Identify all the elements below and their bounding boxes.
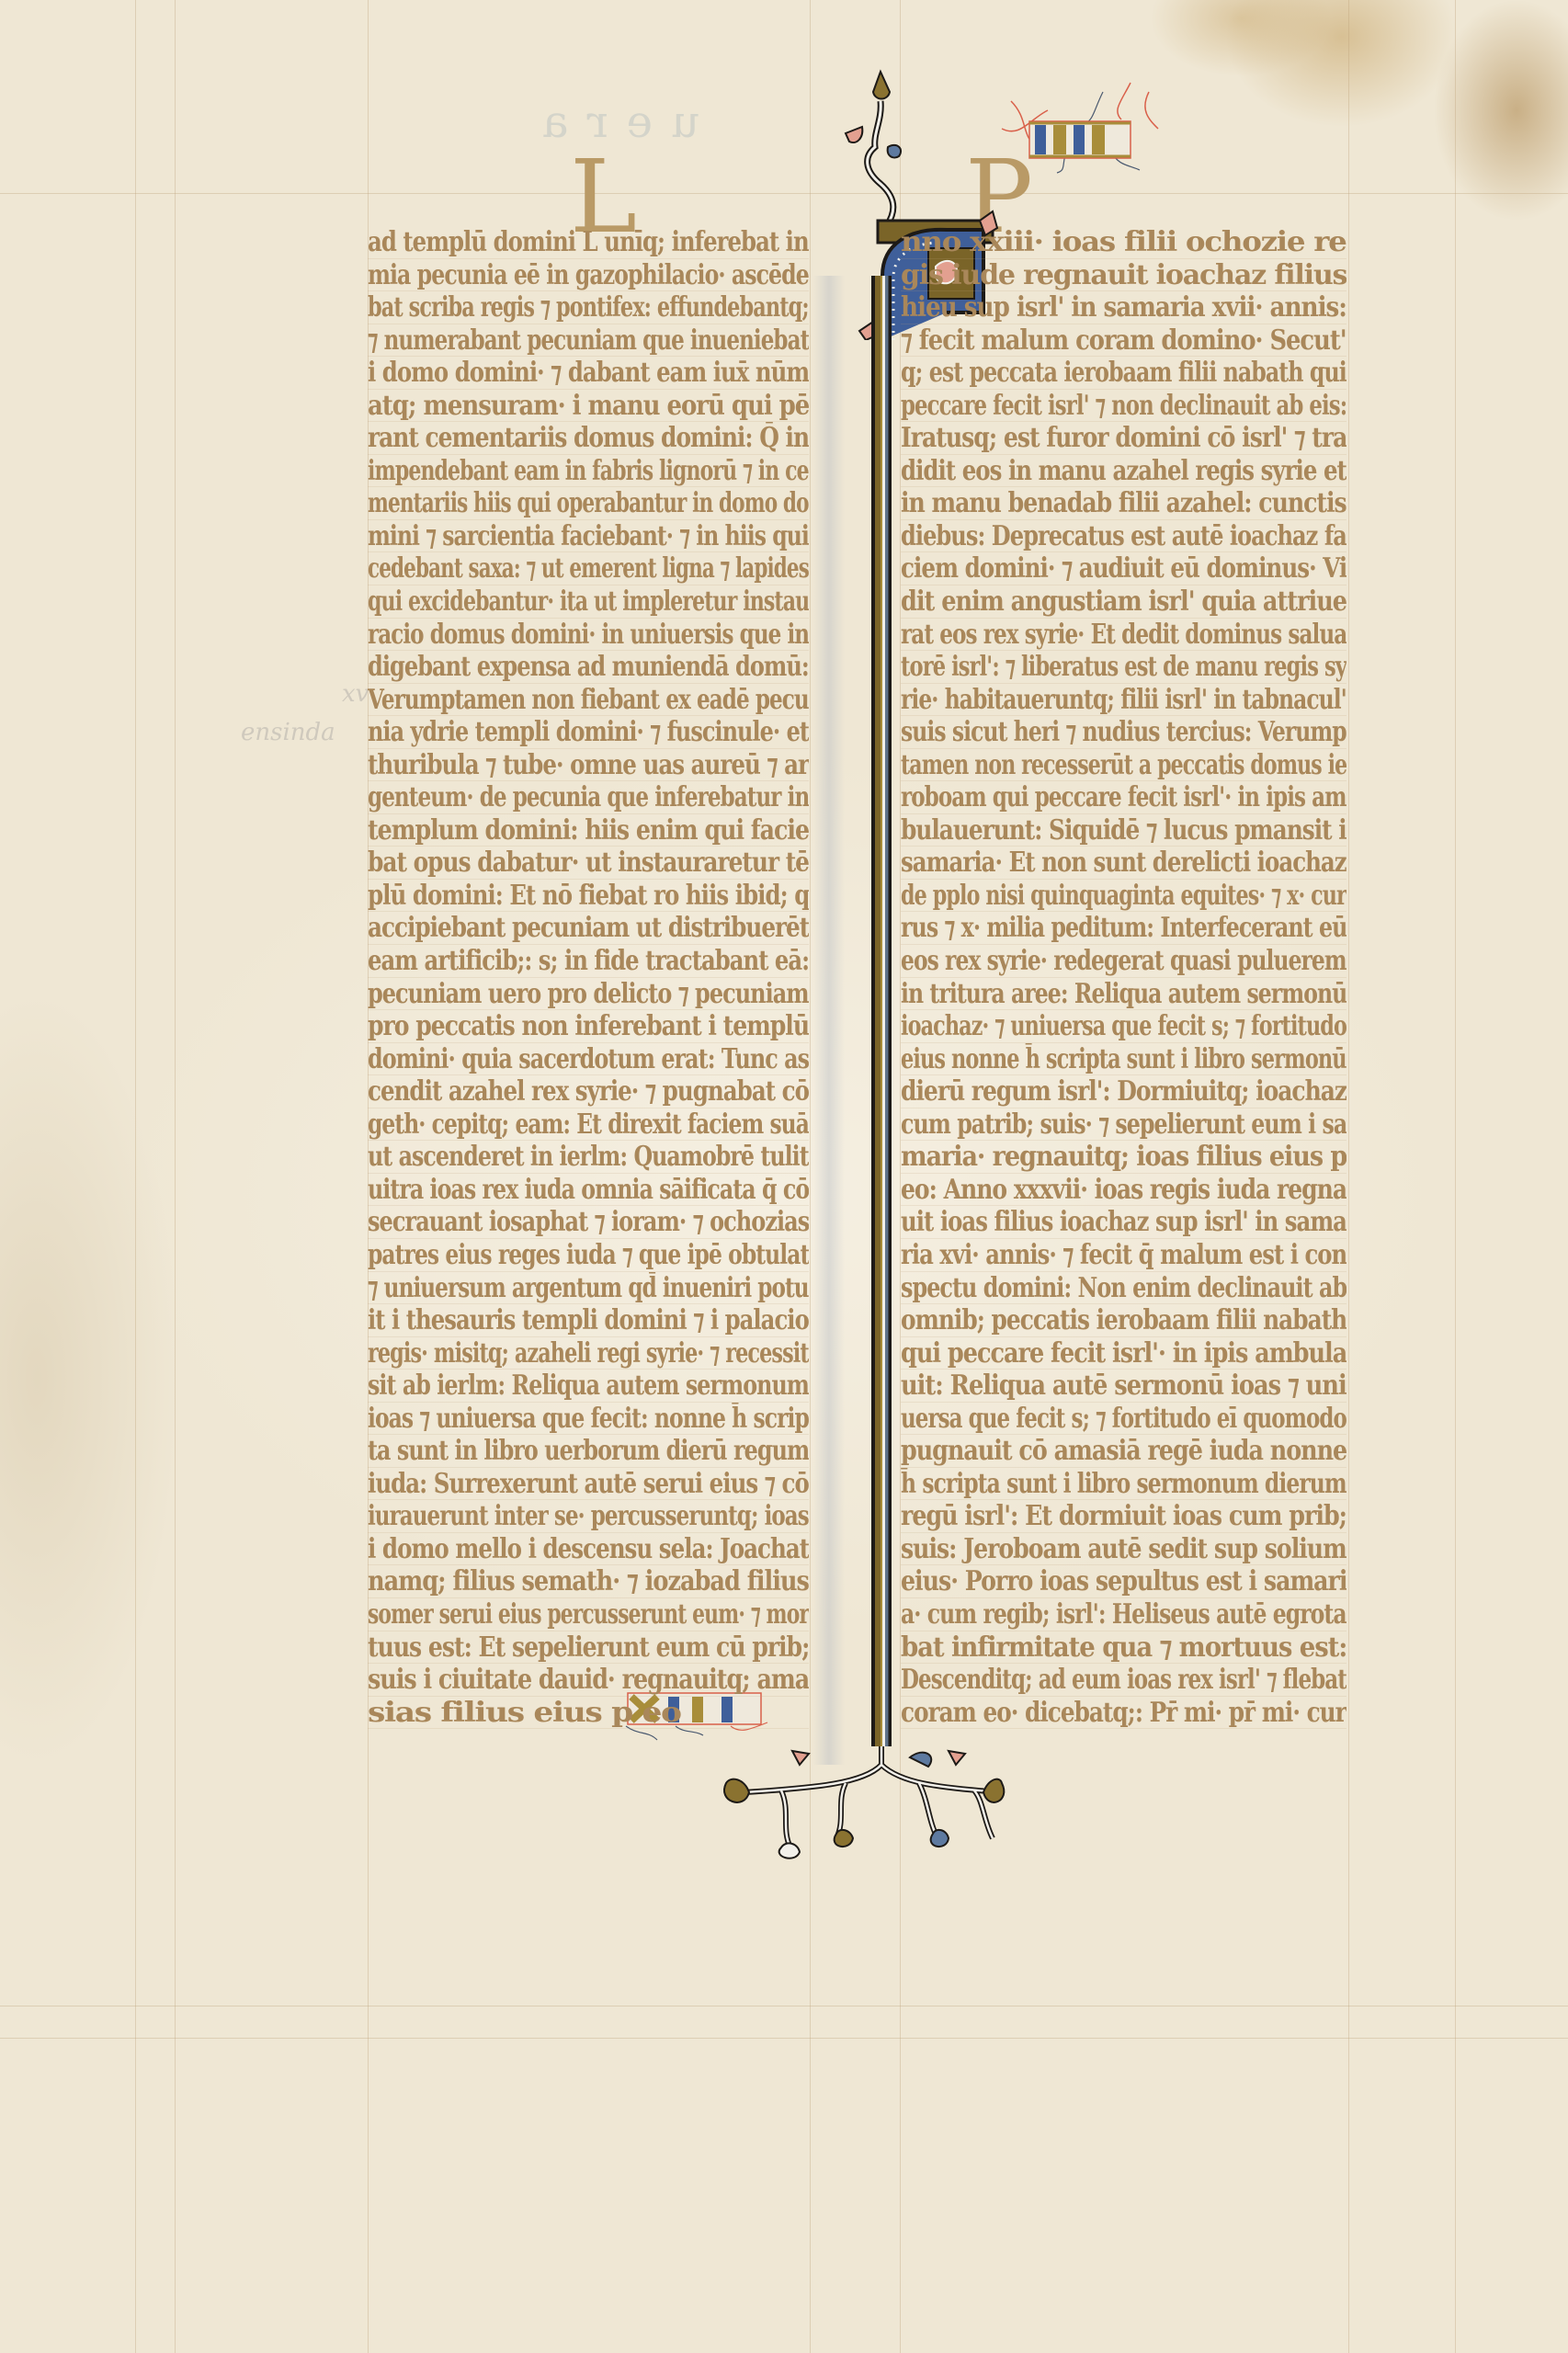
margin-note-line1: xv [342,680,369,708]
text-line: omnib; peccatis ierobaam filii nabath [901,1304,1346,1337]
text-line: namq; filius semath· ⁊ iozabad filius [368,1565,809,1598]
text-line: mentariis hiis qui operabantur in domo d… [368,487,809,520]
text-line: tuus est: Et sepelierunt eum cū prib; [368,1631,809,1665]
ruling-line-horizontal [0,2038,1568,2039]
ruling-line-vertical [1348,0,1349,2353]
pigment-bleed [813,276,845,1765]
text-line: ioachaz· ⁊ uniuersa que fecit s; ⁊ forti… [901,1010,1346,1043]
text-line: dierū regum isrl': Dormiuitq; ioachaz [901,1075,1346,1108]
text-line: digebant expensa ad muniendā domū: [368,651,809,684]
text-line: it i thesauris templi domini ⁊ i palacio [368,1304,809,1337]
text-line: sit ab ierlm: Reliqua autem sermonum [368,1370,809,1403]
text-line: qui peccare fecit isrl'· in ipis ambula [901,1337,1346,1370]
text-line: q; est peccata ierobaam filii nabath qui [901,357,1346,390]
text-line: in manu benadab filii azahel: cunctis [901,487,1346,520]
text-line: peccare fecit isrl' ⁊ non declinauit ab … [901,390,1346,423]
foliate-terminal-icon [708,1746,1039,1866]
text-line: didit eos in manu azahel regis syrie et [901,455,1346,488]
text-line: uit: Reliqua autē sermonū ioas ⁊ uni [901,1370,1346,1403]
text-line: rie· habitaueruntq; filii isrl' in tabna… [901,684,1346,717]
text-line: regū isrl': Et dormiuit ioas cum prib; [901,1500,1346,1533]
text-line: de pplo nisi quinquaginta equites· ⁊ x· … [901,880,1346,913]
text-line: plū domini: Et nō fiebat ro hiis ibid; q [368,880,809,913]
text-line: mini ⁊ sarcientia faciebant· ⁊ in hiis q… [368,520,809,553]
text-line: a· cum regib; isrl': Heliseus autē egrot… [901,1598,1346,1631]
text-line: eos rex syrie· redegerat quasi puluerem [901,945,1346,978]
text-line: iurauerunt inter se· percusseruntq; ioas [368,1500,809,1533]
ruling-line-vertical [810,0,811,2353]
text-line: eius· Porro ioas sepultus est i samari [901,1565,1346,1598]
text-line: bulauerunt: Siquidē ⁊ lucus pmansit i [901,814,1346,847]
text-line: diebus: Deprecatus est autē ioachaz fa [901,520,1346,553]
text-line: thuribula ⁊ tube· omne uas aureū ⁊ ar [368,749,809,782]
text-line: roboam qui peccare fecit isrl'· in ipis … [901,781,1346,814]
text-line: pugnauit cō amasiā regē iuda nonne [901,1435,1346,1468]
text-line: coram eo· dicebatq;: Pr̄ mi· pr̄ mi· cur [901,1697,1346,1730]
text-line: nno xxiii· ioas filii ochozie re [901,226,1346,259]
text-line: suis: Jeroboam autē sedit sup solium [901,1533,1346,1566]
text-line: in tritura aree: Reliqua autem sermonū [901,978,1346,1011]
text-line: ⁊ numerabant pecuniam que inueniebat [368,324,809,358]
text-line: ioas ⁊ uniuersa que fecit: nonne h̄ scri… [368,1403,809,1436]
text-line: geth· cepitq; eam: Et direxit faciem suā [368,1108,809,1142]
ruling-line-vertical [1455,0,1456,2353]
text-line: uersa que fecit s; ⁊ fortitudo eī quomod… [901,1403,1346,1436]
text-line: torē isrl': ⁊ liberatus est de manu regi… [901,651,1346,684]
ruling-line-horizontal [0,2006,1568,2006]
text-line: Verumptamen non fiebant ex eadē pecu [368,684,809,717]
text-line: eius nonne h̄ scripta sunt i libro sermo… [901,1043,1346,1076]
margin-note-line2: ensinda [241,719,335,746]
text-line: mia pecunia eē in gazophilacio· ascēde [368,259,809,292]
text-line: secrauant iosaphat ⁊ ioram· ⁊ ochozias [368,1206,809,1239]
text-line: uitra ioas rex iuda omnia sāificata q̄ c… [368,1174,809,1207]
text-line: ut ascenderet in ierlm: Quamobrē tulit [368,1141,809,1174]
text-line: maria· regnauitq; ioas filius eius p [901,1141,1346,1174]
text-line: uit ioas filius ioachaz sup isrl' in sam… [901,1206,1346,1239]
text-line: spectu domini: Non enim declinauit ab [901,1272,1346,1305]
text-line: i domo domini· ⁊ dabant eam iux̄ nūm [368,357,809,390]
text-line: suis i ciuitate dauid· regnauitq; ama [368,1664,809,1697]
text-line: bat opus dabatur· ut instauraretur tē [368,847,809,880]
text-line: cum patrib; suis· ⁊ sepelierunt eum i sa [901,1108,1346,1142]
text-line: racio domus domini· in uniuersis que in [368,619,809,652]
ruling-line-vertical [135,0,136,2353]
text-line: cedebant saxa: ⁊ ut emerent ligna ⁊ lapi… [368,552,809,585]
ruling-line-horizontal [0,193,1568,194]
text-line: samaria· Et non sunt derelicti ioachaz [901,847,1346,880]
initial-extender-bar [871,276,892,1746]
text-line: h̄ scripta sunt i libro sermonum dierum [901,1468,1346,1501]
text-line: ⁊ fecit malum coram domino· Secut' [901,324,1346,358]
text-line: cendit azahel rex syrie· ⁊ pugnabat cō [368,1075,809,1108]
text-column-right: nno xxiii· ioas filii ochozie regis iude… [901,226,1346,1729]
text-line: rat eos rex syrie· Et dedit dominus salu… [901,619,1346,652]
text-column-left: ad templū domini L unīq; inferebat inmia… [368,226,809,1729]
text-line: sias filius eius p eo [368,1697,809,1730]
text-line: i domo mello i descensu sela: Joachat [368,1533,809,1566]
parchment-page: uera xv ensinda IIII L P [0,0,1568,2353]
text-line: ciem domini· ⁊ audiuit eū dominus· Vi [901,552,1346,585]
text-line: Descenditq; ad eum ioas rex isrl' ⁊ fleb… [901,1664,1346,1697]
text-line: patres eius reges iuda ⁊ que ipē obtulat [368,1239,809,1272]
text-line: eo: Anno xxxvii· ioas regis iuda regna [901,1174,1346,1207]
text-line: rus ⁊ x· milia peditum: Interfecerant eū [901,912,1346,945]
text-line: bat scriba regis ⁊ pontifex: effundebant… [368,291,809,324]
text-line: pecuniam uero pro delicto ⁊ pecuniam [368,978,809,1011]
text-line: rant cementariis domus domini: Q̄ in [368,422,809,455]
text-line: tamen non recesserūt a peccatis domus ie [901,749,1346,782]
text-line: iuda: Surrexerunt autē serui eius ⁊ cō [368,1468,809,1501]
text-line: ⁊ uniuersum argentum qd̄ inueniri potu [368,1272,809,1305]
text-line: accipiebant pecuniam ut distribuerēt [368,912,809,945]
ruling-line-vertical [175,0,176,2353]
text-line: templum domini: hiis enim qui facie [368,814,809,847]
text-line: regis· misitq; azaheli regi syrie· ⁊ rec… [368,1337,809,1370]
text-line: ad templū domini L unīq; inferebat in [368,226,809,259]
text-line: atq; mensuram· i manu eorū qui pē [368,390,809,423]
text-line: pro peccatis non inferebant i templū [368,1010,809,1043]
text-line: somer serui eius percusserunt eum· ⁊ mor [368,1598,809,1631]
text-line: gis iude regnauit ioachaz filius [901,259,1346,292]
text-line: hieu sup isrl' in samaria xvii· annis: [901,291,1346,324]
text-line: qui excidebantur· ita ut impleretur inst… [368,585,809,619]
text-line: nia ydrie templi domini· ⁊ fuscinule· et [368,716,809,749]
text-line: dit enim angustiam isrl' quia attriue [901,585,1346,619]
text-line: impendebant eam in fabris lignorū ⁊ in c… [368,455,809,488]
text-line: bat infirmitate qua ⁊ mortuus est: [901,1631,1346,1665]
text-line: suis sicut heri ⁊ nudius tercius: Verump [901,716,1346,749]
text-line: eam artificib;: s; in fide tractabant eā… [368,945,809,978]
text-line: Iratusq; est furor domini cō isrl' ⁊ tra [901,422,1346,455]
text-line: domini· quia sacerdotum erat: Tunc as [368,1043,809,1076]
text-line: ta sunt in libro uerborum dierū regum [368,1435,809,1468]
text-line: ria xvi· annis· ⁊ fecit q̄ malum est i c… [901,1239,1346,1272]
text-line: genteum· de pecunia que inferebatur in [368,781,809,814]
